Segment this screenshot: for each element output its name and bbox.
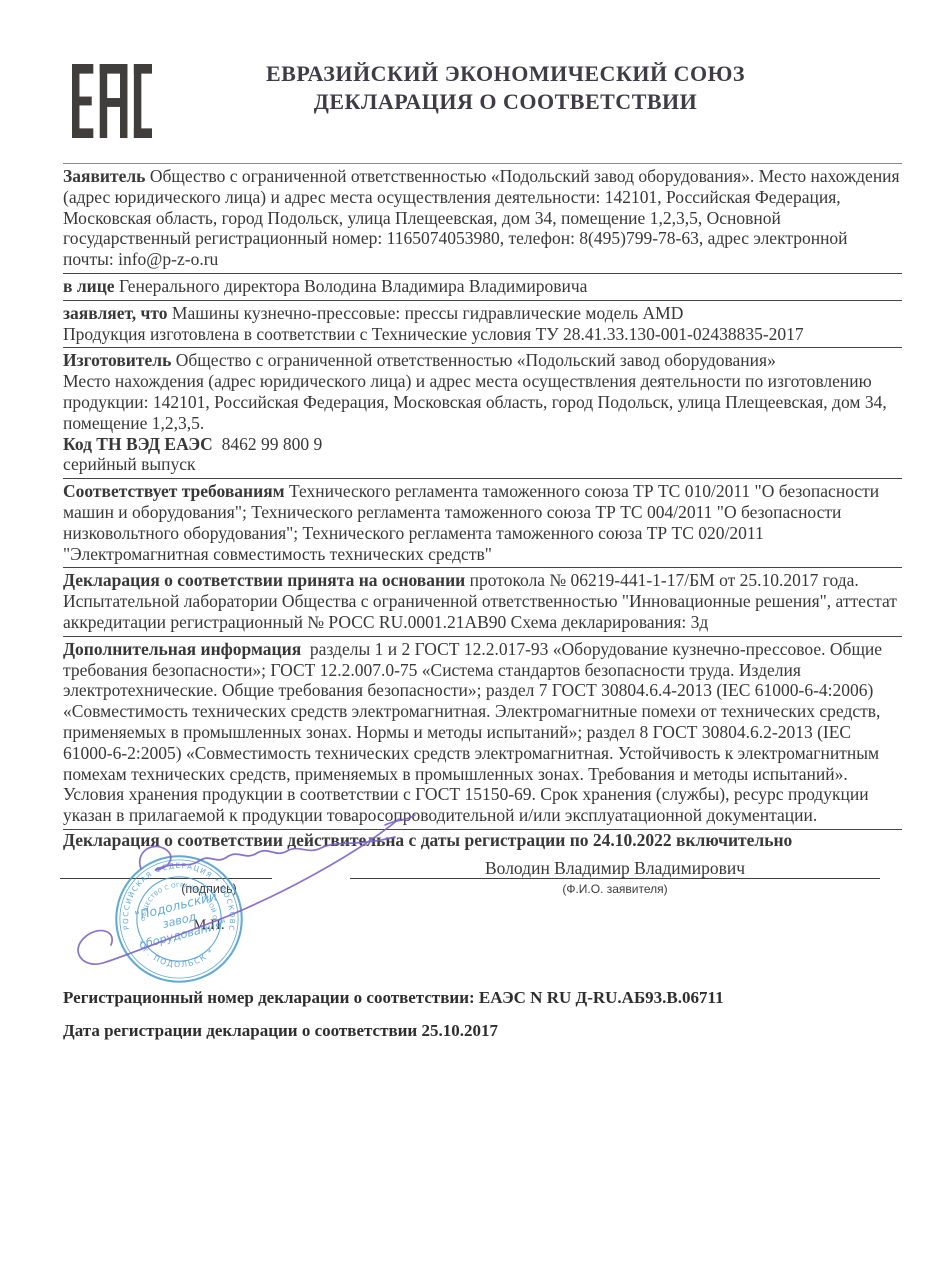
registration-number-line: Регистрационный номер декларации о соотв…: [63, 988, 902, 1008]
document-title: ЕВРАЗИЙСКИЙ ЭКОНОМИЧЕСКИЙ СОЮЗ ДЕКЛАРАЦИ…: [120, 60, 891, 116]
tnved-code-value: 8462 99 800 9: [222, 434, 323, 454]
manufacturer-name: Общество с ограниченной ответственностью…: [176, 350, 776, 370]
signer-name-caption: (Ф.И.О. заявителя): [350, 882, 880, 896]
declares-made-per: Продукция изготовлена в соответствии с Т…: [63, 324, 804, 344]
document-body: Заявитель Общество с ограниченной ответс…: [63, 163, 902, 830]
in-person-label: в лице: [63, 276, 115, 296]
title-line-declaration: ДЕКЛАРАЦИЯ О СООТВЕТСТВИИ: [120, 88, 891, 116]
section-in-person: в лице Генерального директора Володина В…: [63, 274, 902, 301]
additional-info-text: разделы 1 и 2 ГОСТ 12.2.017-93 «Оборудов…: [63, 639, 882, 825]
signature-block: Декларация о соответствии действительна …: [63, 827, 902, 851]
in-person-text: Генерального директора Володина Владимир…: [119, 276, 587, 296]
section-basis: Декларация о соответствии принята на осн…: [63, 568, 902, 636]
basis-label: Декларация о соответствии принята на осн…: [63, 570, 465, 590]
section-complies: Соответствует требованиям Технического р…: [63, 479, 902, 568]
section-additional-info: Дополнительная информация разделы 1 и 2 …: [63, 637, 902, 830]
applicant-text: Общество с ограниченной ответственностью…: [63, 166, 900, 269]
serial-release-text: серийный выпуск: [63, 454, 196, 474]
section-applicant: Заявитель Общество с ограниченной ответс…: [63, 164, 902, 274]
section-declares: заявляет, что Машины кузнечно-прессовые:…: [63, 301, 902, 349]
manufacturer-address: Место нахождения (адрес юридического лиц…: [63, 371, 887, 433]
tnved-code-label: Код ТН ВЭД ЕАЭС: [63, 434, 213, 454]
registration-footer: Регистрационный номер декларации о соотв…: [63, 988, 902, 1054]
title-line-union: ЕВРАЗИЙСКИЙ ЭКОНОМИЧЕСКИЙ СОЮЗ: [120, 60, 891, 88]
section-manufacturer: Изготовитель Общество с ограниченной отв…: [63, 348, 902, 479]
handwritten-signature: [55, 811, 425, 991]
registration-date-line: Дата регистрации декларации о соответств…: [63, 1021, 902, 1041]
signer-name: Володин Владимир Владимирович: [350, 858, 880, 879]
manufacturer-label: Изготовитель: [63, 350, 171, 370]
complies-label: Соответствует требованиям: [63, 481, 285, 501]
applicant-label: Заявитель: [63, 166, 145, 186]
declares-label: заявляет, что: [63, 303, 168, 323]
additional-info-label: Дополнительная информация: [63, 639, 301, 659]
declaration-document: ЕВРАЗИЙСКИЙ ЭКОНОМИЧЕСКИЙ СОЮЗ ДЕКЛАРАЦИ…: [0, 0, 931, 1280]
declares-product: Машины кузнечно-прессовые: прессы гидрав…: [172, 303, 683, 323]
signer-name-line: [350, 878, 880, 879]
